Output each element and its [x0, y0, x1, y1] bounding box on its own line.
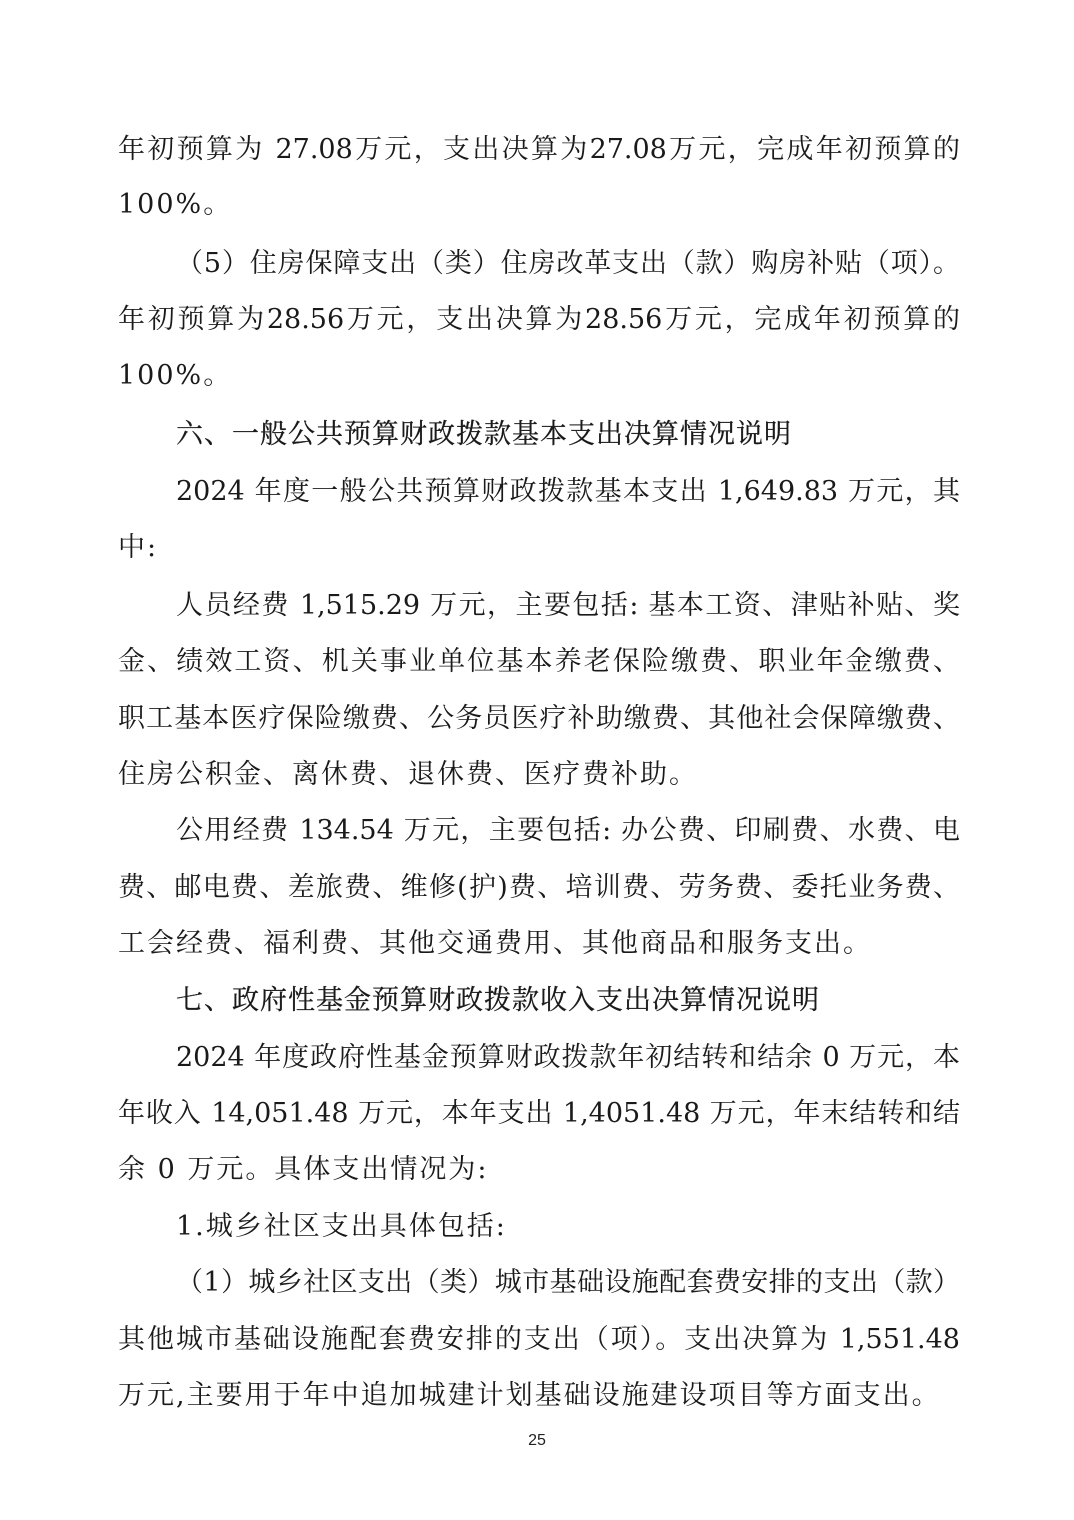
- item-5-housing-subsidy: （5）住房保障支出（类）住房改革支出（款）购房补贴（项）。: [176, 236, 960, 292]
- paragraph-line: 职工基本医疗保险缴费、公务员医疗补助缴费、其他社会保障缴费、: [118, 691, 960, 747]
- section-heading-6: 六、一般公共预算财政拨款基本支出决算情况说明: [176, 407, 792, 463]
- list-item-1-urban-rural: 1.城乡社区支出具体包括:: [176, 1199, 507, 1255]
- section-heading-7: 七、政府性基金预算财政拨款收入支出决算情况说明: [176, 973, 820, 1029]
- paragraph-line: 住房公积金、离休费、退休费、医疗费补助。: [118, 747, 698, 803]
- paragraph-line-budget-27-08: 年初预算为 27.08万元，支出决算为27.08万元，完成年初预算的: [118, 122, 960, 178]
- paragraph-line: 余 0 万元。具体支出情况为:: [118, 1142, 488, 1198]
- sub-item-1-infrastructure: （1）城乡社区支出（类）城市基础设施配套费安排的支出（款）: [176, 1255, 960, 1311]
- paragraph-line: 费、邮电费、差旅费、维修(护)费、培训费、劳务费、委托业务费、: [118, 860, 960, 916]
- paragraph-line: 年收入 14,051.48 万元，本年支出 1,4051.48 万元，年末结转和…: [118, 1086, 960, 1142]
- paragraph-government-fund: 2024 年度政府性基金预算财政拨款年初结转和结余 0 万元，本: [176, 1030, 960, 1086]
- paragraph-line: 工会经费、福利费、其他交通费用、其他商品和服务支出。: [118, 916, 872, 972]
- paragraph-personnel-expenses: 人员经费 1,515.29 万元，主要包括: 基本工资、津贴补贴、奖: [176, 578, 960, 634]
- page-number: 25: [0, 1432, 1074, 1450]
- paragraph-line: 其他城市基础设施配套费安排的支出（项）。支出决算为 1,551.48: [118, 1312, 960, 1368]
- paragraph-public-expenses: 公用经费 134.54 万元，主要包括: 办公费、印刷费、水费、电: [176, 803, 960, 859]
- paragraph-line-percent: 100%。: [118, 177, 232, 233]
- paragraph-basic-expenditure: 2024 年度一般公共预算财政拨款基本支出 1,649.83 万元，其: [176, 464, 960, 520]
- paragraph-line: 万元,主要用于年中追加城建计划基础设施建设项目等方面支出。: [118, 1368, 941, 1424]
- paragraph-line-percent: 100%。: [118, 348, 232, 404]
- paragraph-line: 金、绩效工资、机关事业单位基本养老保险缴费、职业年金缴费、: [118, 634, 960, 690]
- paragraph-line-budget-28-56: 年初预算为28.56万元，支出决算为28.56万元，完成年初预算的: [118, 292, 960, 348]
- paragraph-line: 中:: [118, 520, 158, 576]
